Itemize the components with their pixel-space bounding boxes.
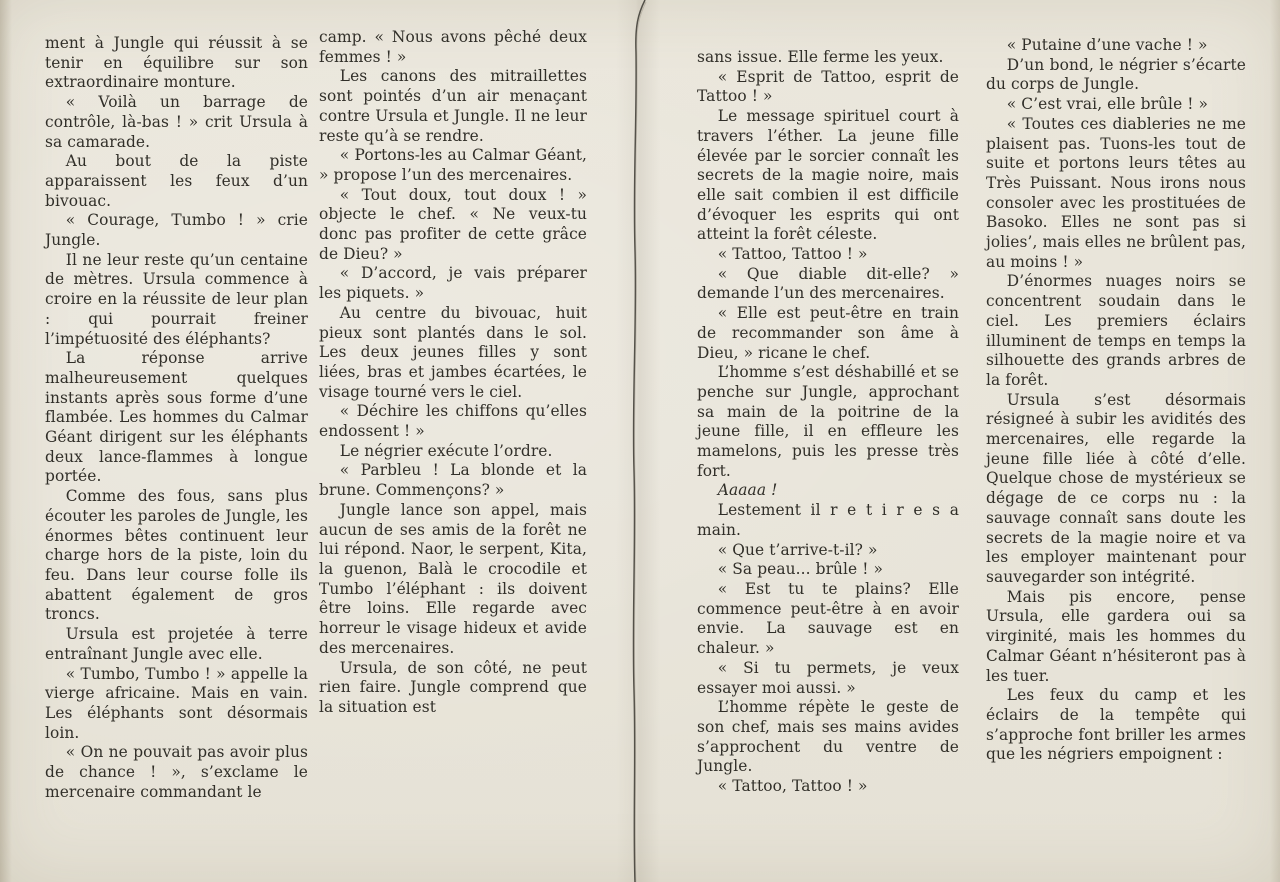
text-column-4: « Putaine d’une vache ! »D’un bond, le n…	[986, 36, 1246, 765]
paragraph: La réponse arrive malheureusement quelqu…	[45, 349, 308, 487]
paragraph: ment à Jungle qui réussit à se tenir en …	[45, 34, 308, 93]
paragraph: Ursula s’est désormais résigneé à subir …	[986, 391, 1246, 588]
left-page: ment à Jungle qui réussit à se tenir en …	[0, 0, 637, 882]
paragraph: Les canons des mitraillettes sont pointé…	[319, 67, 587, 146]
paragraph: « C’est vrai, elle brûle ! »	[986, 95, 1246, 115]
paragraph: Mais pis encore, pense Ursula, elle gard…	[986, 588, 1246, 687]
paragraph: « Putaine d’une vache ! »	[986, 36, 1246, 56]
paragraph: « Courage, Tumbo ! » crie Jungle.	[45, 211, 308, 250]
paragraph: « Voilà un barrage de contrôle, là-bas !…	[45, 93, 308, 152]
paragraph: Les feux du camp et les éclairs de la te…	[986, 686, 1246, 765]
paragraph: Aaaaa !	[697, 481, 959, 501]
paragraph: sans issue. Elle ferme les yeux.	[697, 48, 959, 68]
paragraph: « Elle est peut-être en train de recomma…	[697, 304, 959, 363]
paragraph: « Tattoo, Tattoo ! »	[697, 245, 959, 265]
paragraph: « Que diable dit-elle? » demande l’un de…	[697, 265, 959, 304]
paragraph: Au bout de la piste apparaissent les feu…	[45, 152, 308, 211]
paragraph: Jungle lance son appel, mais aucun de se…	[319, 501, 587, 659]
paragraph: « D’accord, je vais préparer les piquets…	[319, 264, 587, 303]
paragraph: « Sa peau... brûle ! »	[697, 560, 959, 580]
paragraph: L’homme répète le geste de son chef, mai…	[697, 698, 959, 777]
paragraph: « Déchire les chiffons qu’elles endossen…	[319, 402, 587, 441]
paragraph: D’un bond, le négrier s’écarte du corps …	[986, 56, 1246, 95]
paragraph: Ursula, de son côté, ne peut rien faire.…	[319, 659, 587, 718]
text-column-3: sans issue. Elle ferme les yeux.« Esprit…	[697, 48, 959, 797]
paragraph: « Tout doux, tout doux ! » objecte le ch…	[319, 186, 587, 265]
paragraph: « Est tu te plains? Elle commence peut-ê…	[697, 580, 959, 659]
paragraph: Ursula est projetée à terre entraînant J…	[45, 625, 308, 664]
paragraph: « On ne pouvait pas avoir plus de chance…	[45, 743, 308, 802]
paragraph: Le message spirituel court à travers l’é…	[697, 107, 959, 245]
text-column-1: ment à Jungle qui réussit à se tenir en …	[45, 34, 308, 802]
paragraph: « Portons-les au Calmar Géant, » propose…	[319, 146, 587, 185]
paragraph: « Parbleu ! La blonde et la brune. Comme…	[319, 461, 587, 500]
paragraph: « Que t’arrive-t-il? »	[697, 541, 959, 561]
right-page: sans issue. Elle ferme les yeux.« Esprit…	[637, 0, 1280, 882]
paragraph: « Esprit de Tattoo, esprit de Tattoo ! »	[697, 68, 959, 107]
paragraph: Au centre du bivouac, huit pieux sont pl…	[319, 304, 587, 403]
paragraph: Lestement il r e t i r e s a main.	[697, 501, 959, 540]
paragraph: Il ne leur reste qu’un centaine de mètre…	[45, 251, 308, 350]
text-column-2: camp. « Nous avons pêché deux femmes ! »…	[319, 28, 587, 718]
paragraph: Comme des fous, sans plus écouter les pa…	[45, 487, 308, 625]
paragraph: « Tumbo, Tumbo ! » appelle la vierge afr…	[45, 665, 308, 744]
paragraph: « Si tu permets, je veux essayer moi aus…	[697, 659, 959, 698]
paragraph: D’énormes nuages noirs se concentrent so…	[986, 272, 1246, 390]
paragraph: Le négrier exécute l’ordre.	[319, 442, 587, 462]
paragraph: L’homme s’est déshabillé et se penche su…	[697, 363, 959, 481]
paragraph: camp. « Nous avons pêché deux femmes ! »	[319, 28, 587, 67]
book-scan: ment à Jungle qui réussit à se tenir en …	[0, 0, 1280, 882]
paragraph: « Tattoo, Tattoo ! »	[697, 777, 959, 797]
paragraph: « Toutes ces diableries ne me plaisent p…	[986, 115, 1246, 273]
